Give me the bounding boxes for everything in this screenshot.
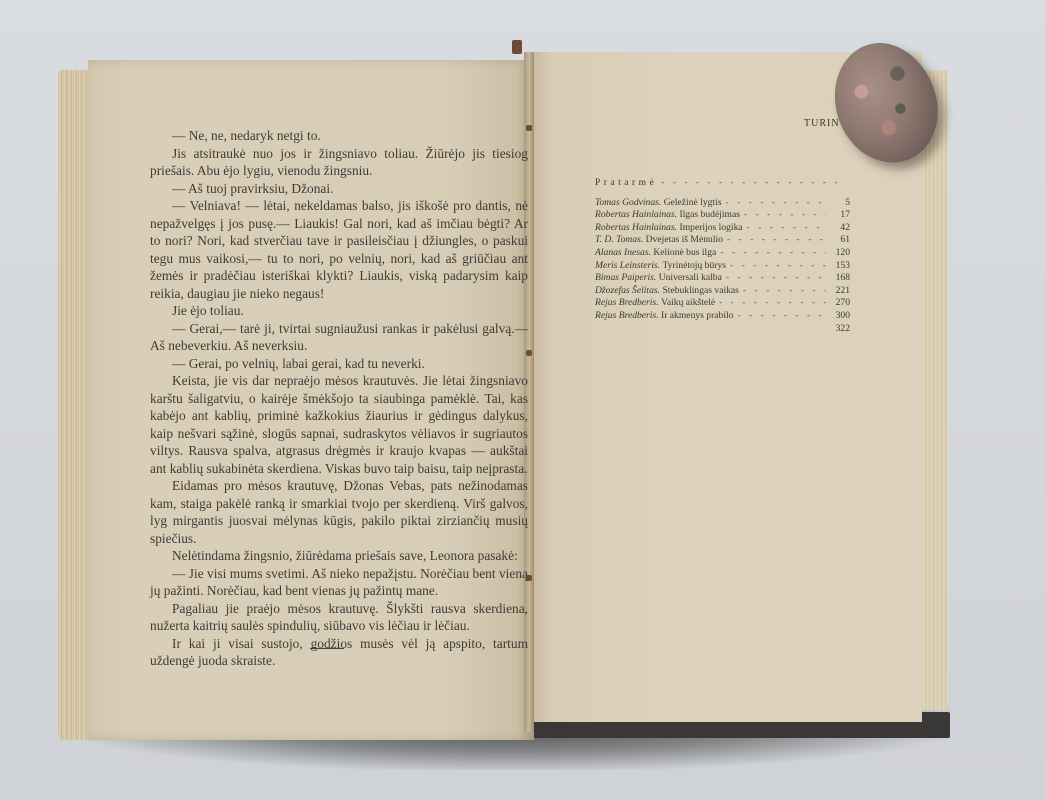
toc-author: Rejus Bredberis. <box>595 297 659 308</box>
paragraph: — Ne, ne, nedaryk netgi to. <box>150 127 528 145</box>
toc-row: Rejus Bredberis. Vaikų aikštelė270 <box>595 297 850 310</box>
leader-dots <box>720 247 826 258</box>
leader-dots <box>726 197 827 208</box>
toc-row: Rejus Bredberis. Ir akmenys prabilo300 <box>595 310 850 323</box>
toc-author: Robertas Hainlainas. <box>595 209 677 220</box>
toc-row: T. D. Tomas. Dvejetas iš Mėnulio61 <box>595 234 850 247</box>
binding-thread <box>512 40 522 54</box>
paragraph: Keista, jie vis dar nepraėjo mėsos kraut… <box>150 372 528 477</box>
toc-row: Meris Leinsteris. Tyrinėtojų būrys153 <box>595 260 850 273</box>
toc-page: 270 <box>830 297 850 308</box>
toc-page: 168 <box>830 272 850 283</box>
toc-row: Tomas Godvinas. Geležinė lygtis5 <box>595 197 850 210</box>
paragraph: — Aš tuoj pravirksiu, Džonai. <box>150 180 528 198</box>
paragraph: — Velniava! — lėtai, nekeldamas balso, j… <box>150 197 528 302</box>
table-of-contents: Pratarmė Tomas Godvinas. Geležinė lygtis… <box>595 178 850 335</box>
toc-page: 221 <box>830 285 850 296</box>
leader-dots <box>726 272 826 283</box>
toc-author: Meris Leinsteris. <box>595 260 660 271</box>
left-page-text: — Ne, ne, nedaryk netgi to.Jis atsitrauk… <box>150 127 528 670</box>
toc-title: Ir akmenys prabilo <box>661 310 733 321</box>
leader-dots <box>747 222 826 233</box>
toc-title: Vaikų aikštelė <box>661 297 715 308</box>
toc-author: Alanas Inesas. <box>595 247 651 258</box>
toc-title: Tyrinėtojų būrys <box>662 260 726 271</box>
paragraph: Pagaliau jie praėjo mėsos krautuvę. Šlyk… <box>150 600 528 635</box>
toc-title: Imperijos logika <box>680 222 743 233</box>
toc-row: Alanas Inesas. Kelionė bus ilga120 <box>595 247 850 260</box>
leader-dots <box>737 310 826 321</box>
paragraph: — Jie visi mums svetimi. Aš nieko nepažį… <box>150 565 528 600</box>
toc-author: Rejus Bredberis. <box>595 310 659 321</box>
chapter-end-rule <box>310 648 344 649</box>
toc-page: 17 <box>830 209 850 220</box>
toc-author: Tomas Godvinas. <box>595 197 661 208</box>
leader-dots <box>743 285 826 296</box>
right-page-stack <box>918 70 948 710</box>
toc-author: Bimas Paiperis. <box>595 272 656 283</box>
leader-dots <box>719 297 826 308</box>
toc-page: 120 <box>830 247 850 258</box>
toc-author: T. D. Tomas. <box>595 234 643 245</box>
toc-title: Kelionė bus ilga <box>653 247 716 258</box>
toc-row: Robertas Hainlainas. Imperijos logika42 <box>595 222 850 235</box>
paragraph: Ir kai ji visai sustojo, godžios musės v… <box>150 635 528 670</box>
toc-author: Robertas Hainlainas. <box>595 222 677 233</box>
leader-dots <box>661 178 846 188</box>
paragraph: Eidamas pro mėsos krautuvę, Džonas Vebas… <box>150 477 528 547</box>
leader-dots <box>730 260 826 271</box>
toc-title: Ilgas budėjimas <box>680 209 740 220</box>
toc-row: Bimas Paiperis. Universali kalba168 <box>595 272 850 285</box>
toc-row: Robertas Hainlainas. Ilgas budėjimas17 <box>595 209 850 222</box>
paragraph: Nelėtindama žingsnio, žiūrėdama priešais… <box>150 547 528 565</box>
toc-title: Dvejetas iš Mėnulio <box>646 234 723 245</box>
toc-row: 322 <box>595 323 850 336</box>
paragraph: — Gerai,— tarė ji, tvirtai sugniaužusi r… <box>150 320 528 355</box>
toc-page: 42 <box>830 222 850 233</box>
toc-title: Geležinė lygtis <box>664 197 722 208</box>
preface-label: Pratarmė <box>595 178 657 188</box>
paragraph: — Gerai, po velnių, labai gerai, kad tu … <box>150 355 528 373</box>
paragraph: Jis atsitraukė nuo jos ir žingsniavo tol… <box>150 145 528 180</box>
toc-page: 153 <box>830 260 850 271</box>
toc-preface: Pratarmė <box>595 178 850 191</box>
toc-page: 322 <box>830 323 850 334</box>
toc-title: Stebuklingas vaikas <box>662 285 738 296</box>
leader-dots <box>727 234 826 245</box>
leader-dots <box>744 209 826 220</box>
toc-page: 5 <box>830 197 850 208</box>
toc-page: 300 <box>830 310 850 321</box>
toc-page: 61 <box>830 234 850 245</box>
paragraph: Jie ėjo toliau. <box>150 302 528 320</box>
toc-title: Universali kalba <box>659 272 722 283</box>
toc-row: Džozefas Šelitas. Stebuklingas vaikas221 <box>595 285 850 298</box>
toc-author: Džozefas Šelitas. <box>595 285 660 296</box>
